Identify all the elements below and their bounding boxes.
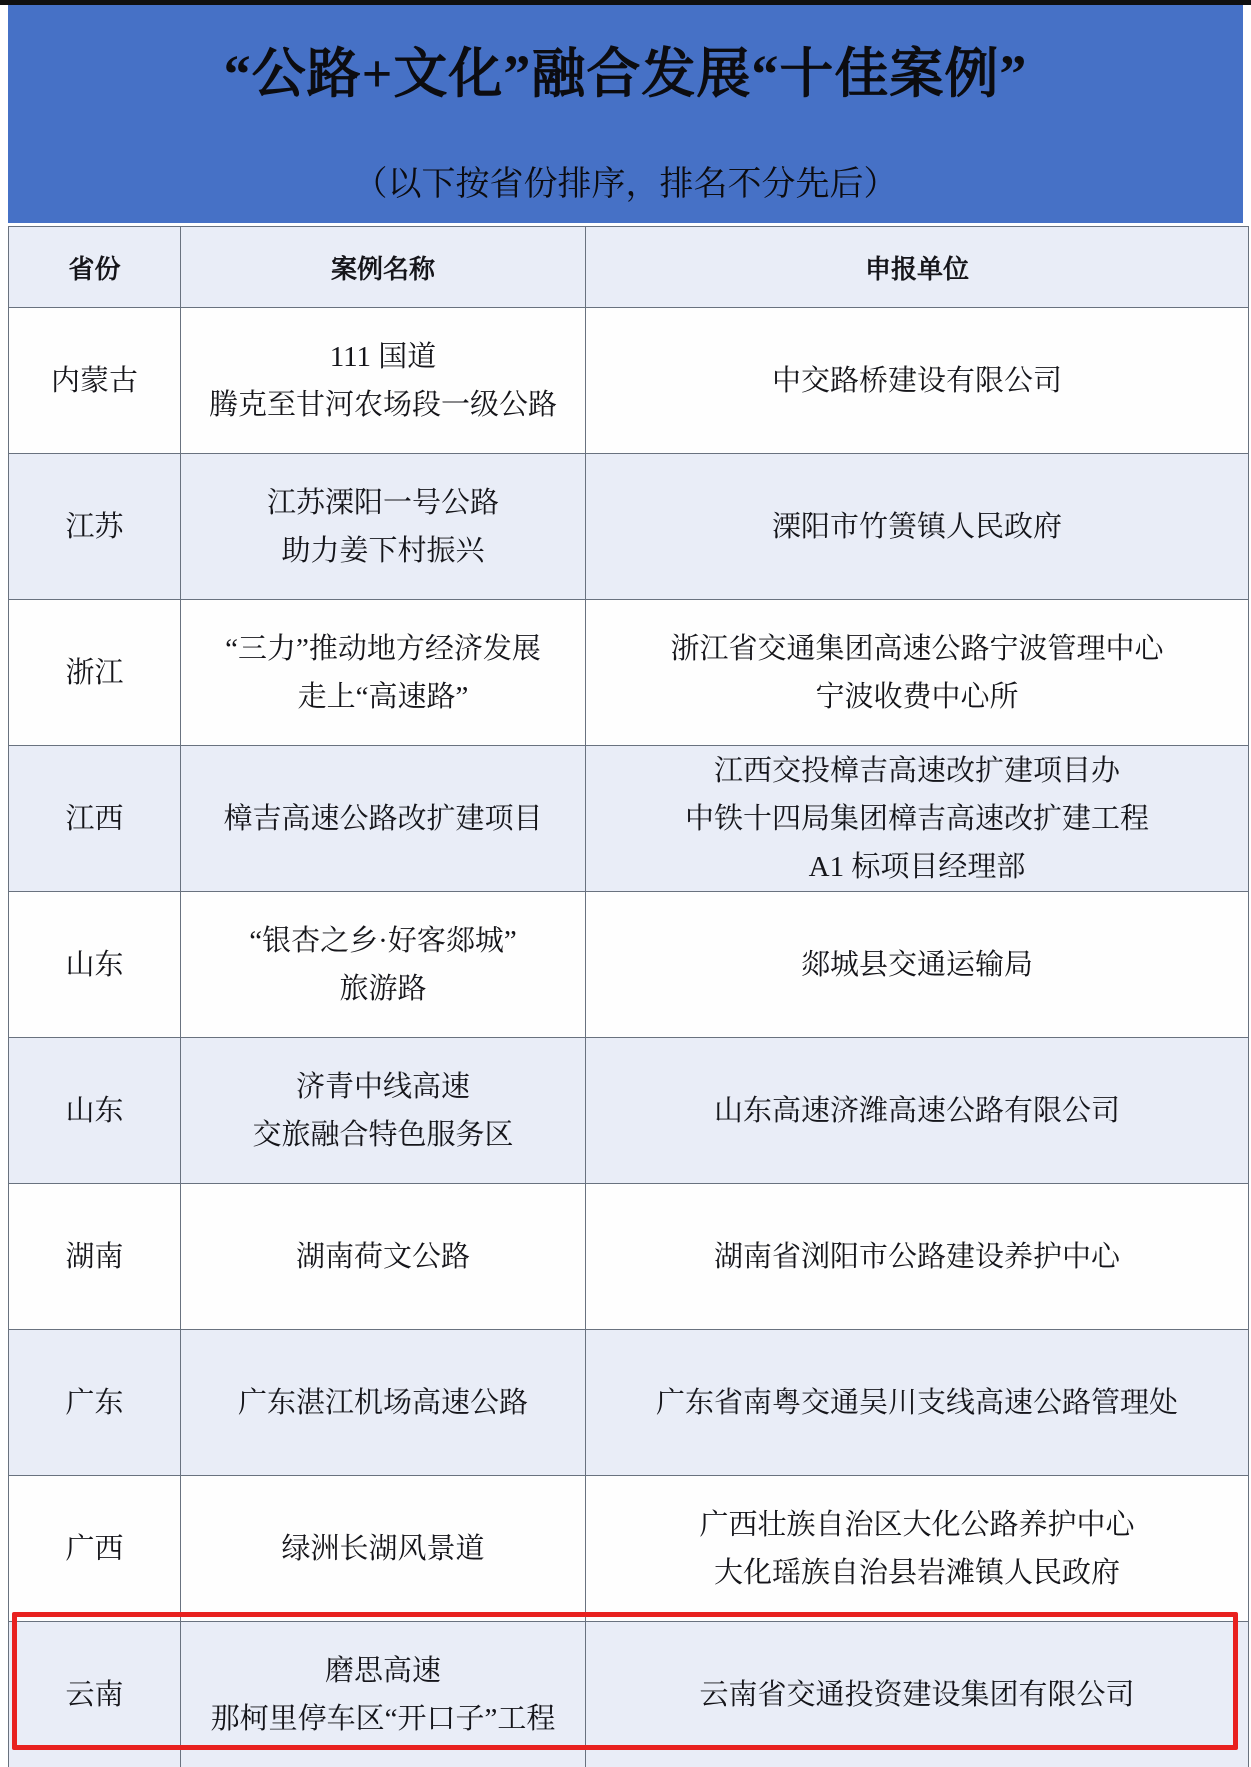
unit-cell: 广西壮族自治区大化公路养护中心 大化瑶族自治县岩滩镇人民政府 xyxy=(586,1476,1249,1622)
province-cell: 云南 xyxy=(9,1622,181,1767)
case-line: 111 国道 xyxy=(181,333,585,381)
header-province: 省份 xyxy=(9,227,181,308)
unit-cell: 云南省交通投资建设集团有限公司 xyxy=(586,1622,1249,1767)
province-cell: 湖南 xyxy=(9,1184,181,1330)
unit-cell: 浙江省交通集团高速公路宁波管理中心 宁波收费中心所 xyxy=(586,600,1249,746)
table-row: 广西 绿洲长湖风景道 广西壮族自治区大化公路养护中心 大化瑶族自治县岩滩镇人民政… xyxy=(9,1476,1249,1622)
unit-line: 广西壮族自治区大化公路养护中心 xyxy=(586,1501,1248,1549)
case-name-cell: “银杏之乡·好客郯城” 旅游路 xyxy=(181,892,586,1038)
header-applicant-unit: 申报单位 xyxy=(586,227,1249,308)
table-row: 江苏 江苏溧阳一号公路 助力姜下村振兴 溧阳市竹箦镇人民政府 xyxy=(9,454,1249,600)
unit-line: 广东省南粤交通吴川支线高速公路管理处 xyxy=(586,1379,1248,1427)
case-line: 助力姜下村振兴 xyxy=(181,527,585,575)
unit-line: 中铁十四局集团樟吉高速改扩建工程 xyxy=(586,795,1248,843)
case-line: 那柯里停车区“开口子”工程 xyxy=(181,1695,585,1743)
unit-cell: 溧阳市竹箦镇人民政府 xyxy=(586,454,1249,600)
case-line: “银杏之乡·好客郯城” xyxy=(181,917,585,965)
province-cell: 浙江 xyxy=(9,600,181,746)
unit-line: 中交路桥建设有限公司 xyxy=(586,357,1248,405)
unit-line: 郯城县交通运输局 xyxy=(586,941,1248,989)
table-row: 内蒙古 111 国道 腾克至甘河农场段一级公路 中交路桥建设有限公司 xyxy=(9,308,1249,454)
case-line: 走上“高速路” xyxy=(181,673,585,721)
province-cell: 广西 xyxy=(9,1476,181,1622)
province-label: 云南 xyxy=(9,1671,180,1719)
table-row: 山东 济青中线高速 交旅融合特色服务区 山东高速济潍高速公路有限公司 xyxy=(9,1038,1249,1184)
page-title: “公路+文化”融合发展“十佳案例” xyxy=(224,31,1028,108)
case-line: 旅游路 xyxy=(181,965,585,1013)
unit-line: 山东高速济潍高速公路有限公司 xyxy=(586,1087,1248,1135)
case-name-cell: 广东湛江机场高速公路 xyxy=(181,1330,586,1476)
table-header-row: 省份 案例名称 申报单位 xyxy=(9,227,1249,308)
title-banner: “公路+文化”融合发展“十佳案例” （以下按省份排序，排名不分先后） xyxy=(8,5,1243,223)
case-line: 湖南荷文公路 xyxy=(181,1233,585,1281)
unit-line: 云南省交通投资建设集团有限公司 xyxy=(586,1671,1248,1719)
table-row: 山东 “银杏之乡·好客郯城” 旅游路 郯城县交通运输局 xyxy=(9,892,1249,1038)
case-line: 济青中线高速 xyxy=(181,1063,585,1111)
province-cell: 山东 xyxy=(9,1038,181,1184)
province-label: 江西 xyxy=(9,795,180,843)
unit-cell: 江西交投樟吉高速改扩建项目办 中铁十四局集团樟吉高速改扩建工程 A1 标项目经理… xyxy=(586,746,1249,892)
province-cell: 广东 xyxy=(9,1330,181,1476)
table-row: 湖南 湖南荷文公路 湖南省浏阳市公路建设养护中心 xyxy=(9,1184,1249,1330)
province-label: 江苏 xyxy=(9,503,180,551)
table-row: 江西 樟吉高速公路改扩建项目 江西交投樟吉高速改扩建项目办 中铁十四局集团樟吉高… xyxy=(9,746,1249,892)
case-line: 绿洲长湖风景道 xyxy=(181,1525,585,1573)
case-line: 腾克至甘河农场段一级公路 xyxy=(181,381,585,429)
unit-line: 溧阳市竹箦镇人民政府 xyxy=(586,503,1248,551)
case-line: 樟吉高速公路改扩建项目 xyxy=(181,795,585,843)
province-label: 广西 xyxy=(9,1525,180,1573)
table-row-highlighted: 云南 磨思高速 那柯里停车区“开口子”工程 云南省交通投资建设集团有限公司 xyxy=(9,1622,1249,1767)
province-label: 山东 xyxy=(9,1087,180,1135)
case-line: 江苏溧阳一号公路 xyxy=(181,479,585,527)
unit-cell: 郯城县交通运输局 xyxy=(586,892,1249,1038)
unit-line: 浙江省交通集团高速公路宁波管理中心 xyxy=(586,625,1248,673)
province-label: 湖南 xyxy=(9,1233,180,1281)
case-name-cell: 江苏溧阳一号公路 助力姜下村振兴 xyxy=(181,454,586,600)
province-label: 山东 xyxy=(9,941,180,989)
province-label: 内蒙古 xyxy=(9,357,180,405)
case-line: 广东湛江机场高速公路 xyxy=(181,1379,585,1427)
unit-cell: 广东省南粤交通吴川支线高速公路管理处 xyxy=(586,1330,1249,1476)
case-name-cell: 111 国道 腾克至甘河农场段一级公路 xyxy=(181,308,586,454)
case-name-cell: 樟吉高速公路改扩建项目 xyxy=(181,746,586,892)
province-label: 广东 xyxy=(9,1379,180,1427)
unit-line: 大化瑶族自治县岩滩镇人民政府 xyxy=(586,1549,1248,1597)
province-cell: 江西 xyxy=(9,746,181,892)
case-name-cell: 湖南荷文公路 xyxy=(181,1184,586,1330)
header-case-name: 案例名称 xyxy=(181,227,586,308)
unit-cell: 山东高速济潍高速公路有限公司 xyxy=(586,1038,1249,1184)
table-row: 广东 广东湛江机场高速公路 广东省南粤交通吴川支线高速公路管理处 xyxy=(9,1330,1249,1476)
case-name-cell: “三力”推动地方经济发展 走上“高速路” xyxy=(181,600,586,746)
province-label: 浙江 xyxy=(9,649,180,697)
case-name-cell: 济青中线高速 交旅融合特色服务区 xyxy=(181,1038,586,1184)
unit-cell: 中交路桥建设有限公司 xyxy=(586,308,1249,454)
case-name-cell: 绿洲长湖风景道 xyxy=(181,1476,586,1622)
table-row: 浙江 “三力”推动地方经济发展 走上“高速路” 浙江省交通集团高速公路宁波管理中… xyxy=(9,600,1249,746)
unit-line: 江西交投樟吉高速改扩建项目办 xyxy=(586,747,1248,795)
unit-line: 宁波收费中心所 xyxy=(586,673,1248,721)
province-cell: 山东 xyxy=(9,892,181,1038)
case-line: “三力”推动地方经济发展 xyxy=(181,625,585,673)
case-name-cell: 磨思高速 那柯里停车区“开口子”工程 xyxy=(181,1622,586,1767)
awards-table: 省份 案例名称 申报单位 内蒙古 111 国道 腾克至甘河农场段一级公路 中交路… xyxy=(8,226,1249,1767)
unit-line: A1 标项目经理部 xyxy=(586,843,1248,891)
unit-cell: 湖南省浏阳市公路建设养护中心 xyxy=(586,1184,1249,1330)
province-cell: 内蒙古 xyxy=(9,308,181,454)
unit-line: 湖南省浏阳市公路建设养护中心 xyxy=(586,1233,1248,1281)
province-cell: 江苏 xyxy=(9,454,181,600)
case-line: 交旅融合特色服务区 xyxy=(181,1111,585,1159)
page-subtitle: （以下按省份排序，排名不分先后） xyxy=(354,156,898,205)
case-line: 磨思高速 xyxy=(181,1647,585,1695)
